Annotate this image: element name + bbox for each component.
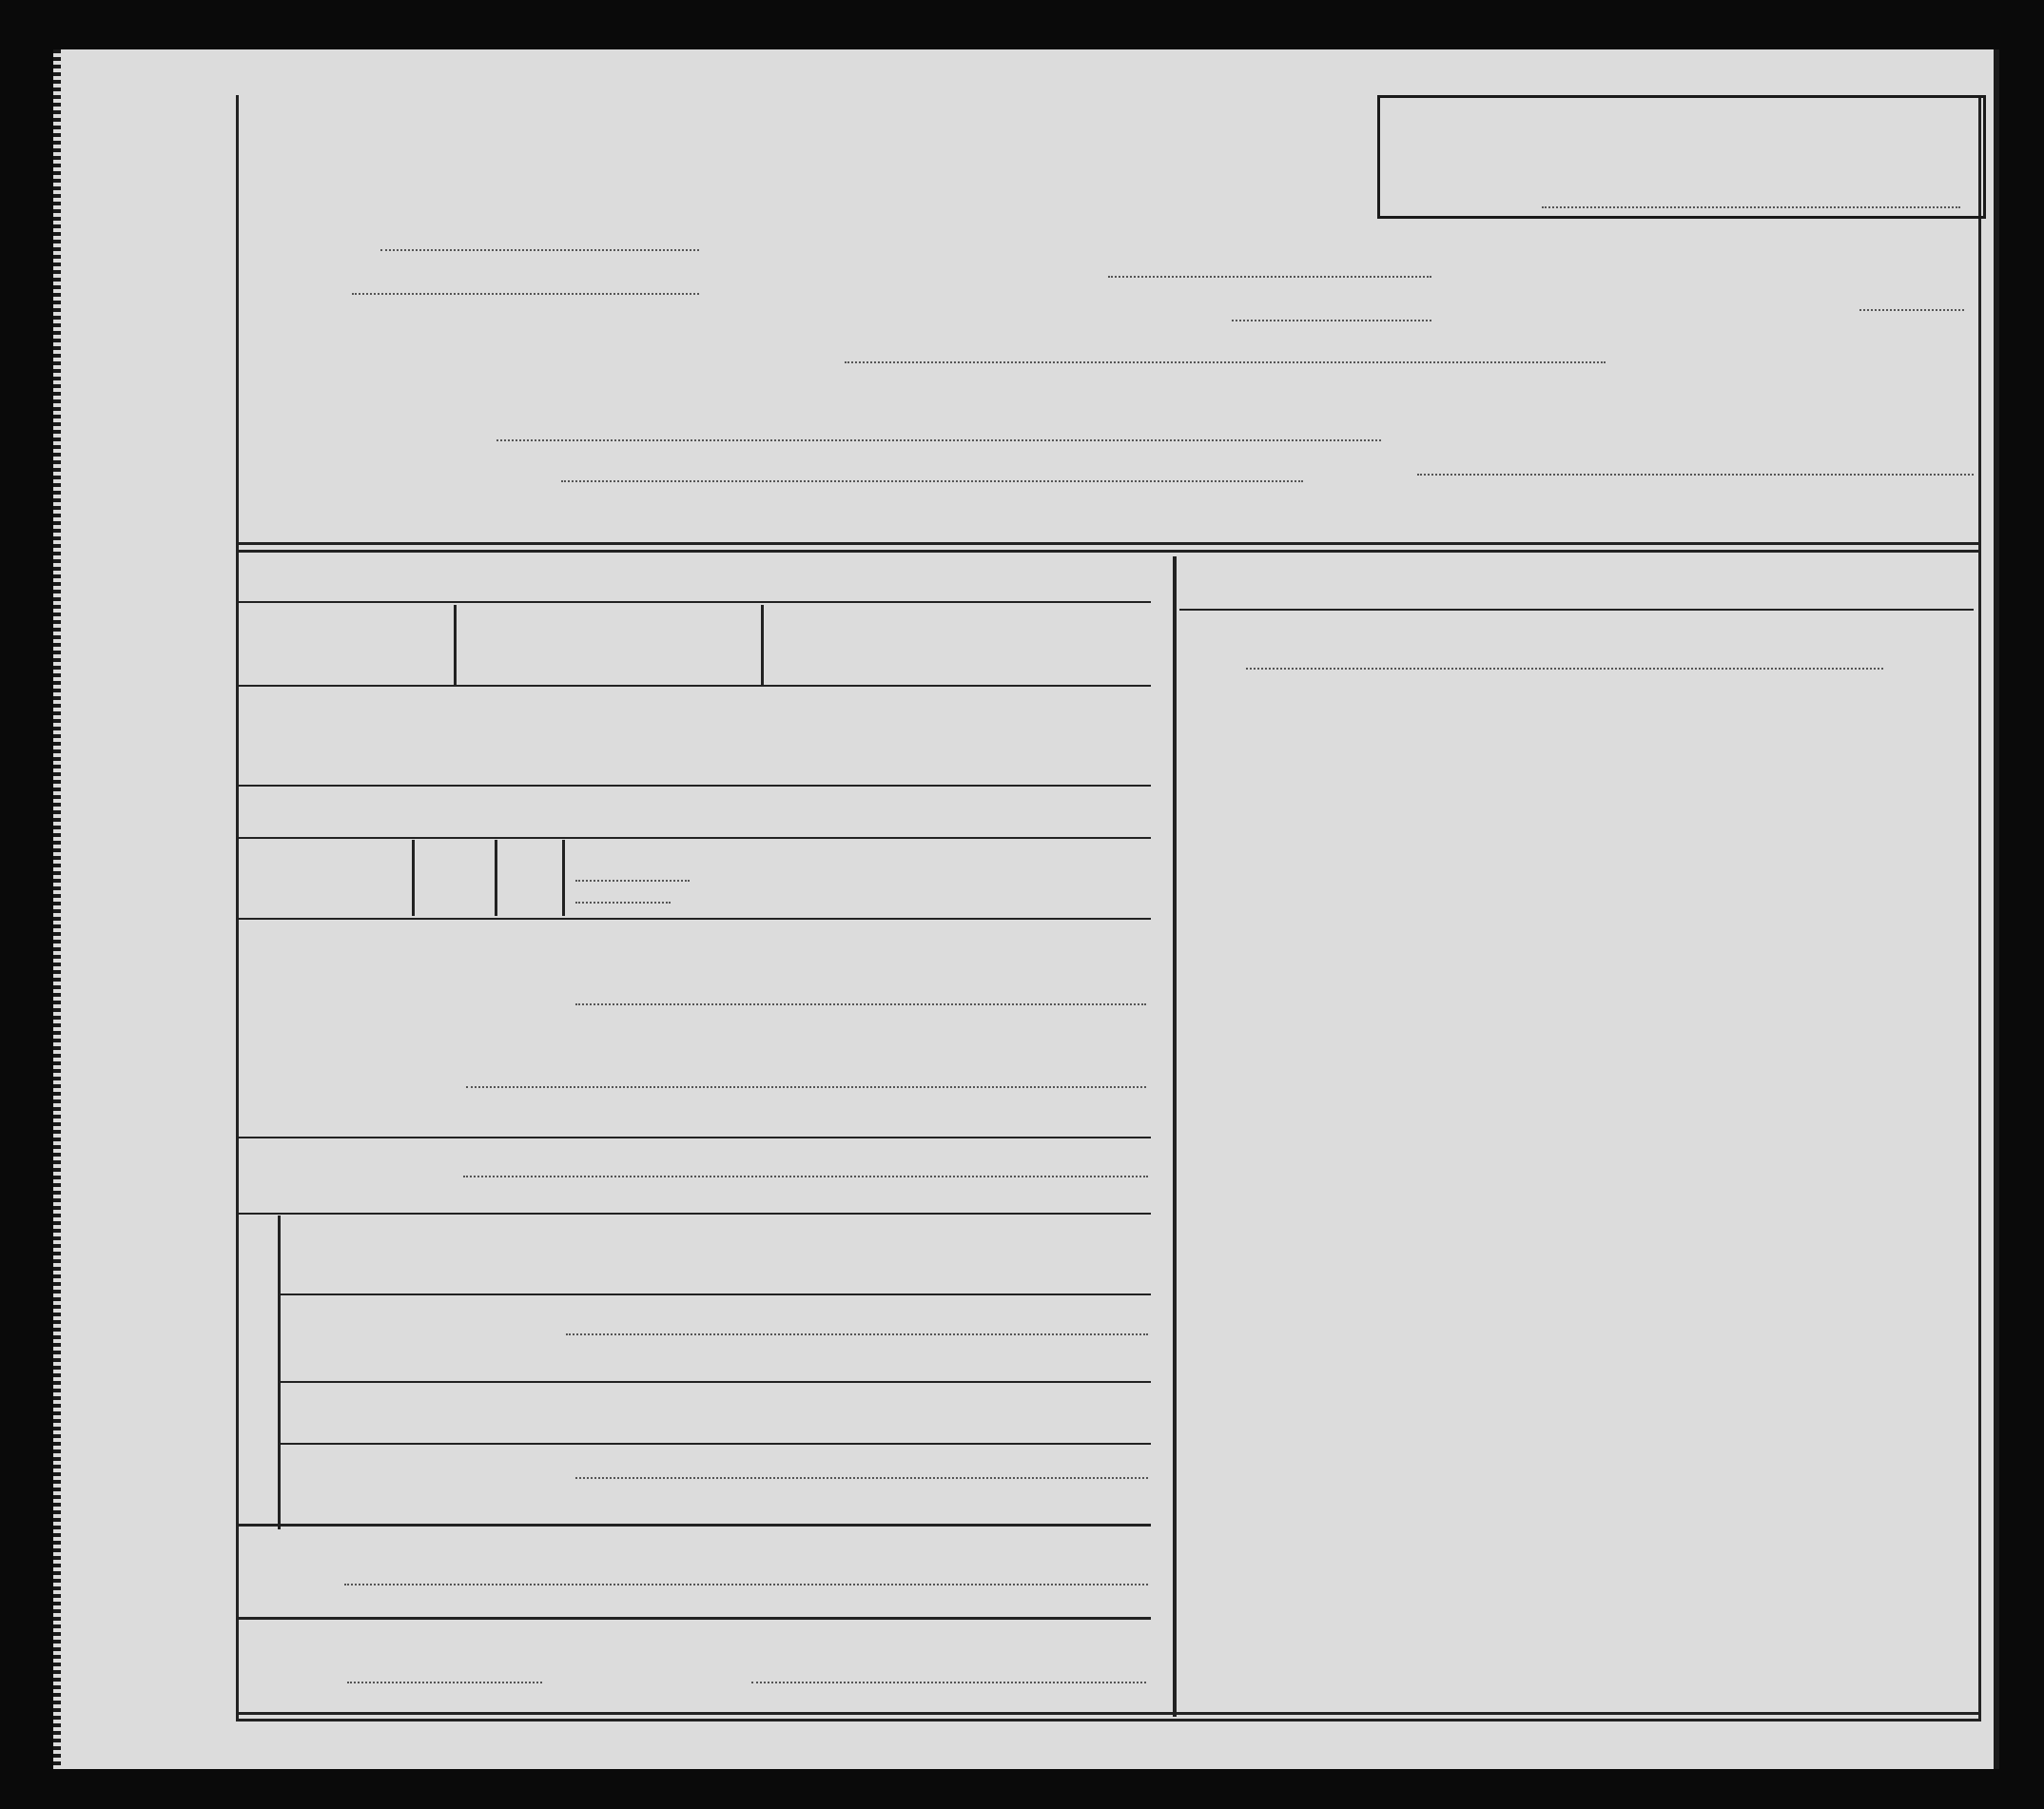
form-left-border [236, 95, 239, 1721]
certificate-paper [53, 49, 1999, 1769]
office-use-box [1377, 95, 1986, 219]
father-birthplace-field[interactable] [566, 1333, 1148, 1335]
no-field[interactable] [845, 361, 1606, 363]
perforated-edge [53, 49, 61, 1769]
column-divider [1173, 556, 1177, 1717]
form-right-border [1978, 95, 1981, 1721]
